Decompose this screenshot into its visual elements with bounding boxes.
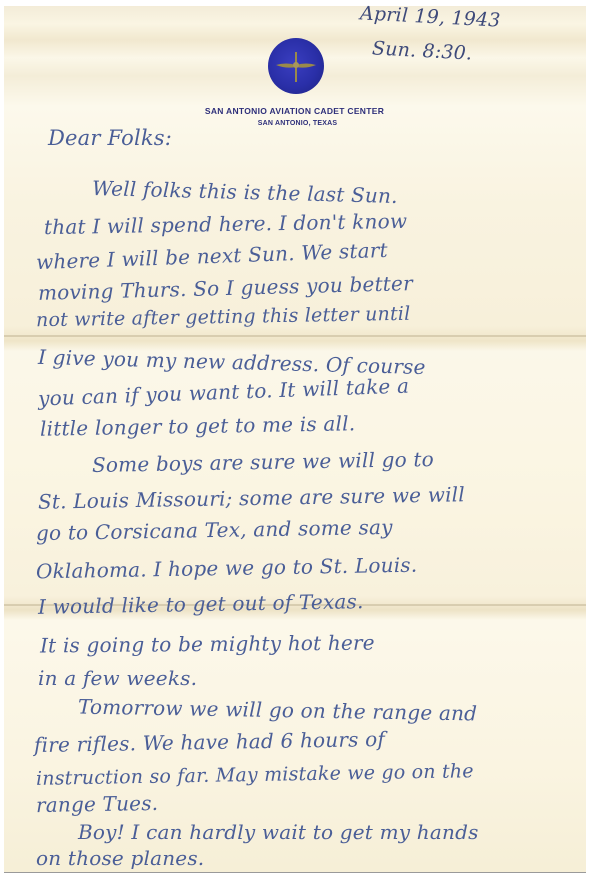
letterhead-title: SAN ANTONIO AVIATION CADET CENTER (0, 106, 589, 116)
letter-line: in a few weeks. (38, 666, 197, 690)
letter-line: range Tues. (36, 791, 159, 817)
salutation: Dear Folks: (48, 126, 172, 150)
wings-emblem-icon (268, 38, 324, 94)
fold-line (4, 335, 586, 337)
letter-line: It is going to be mighty hot here (40, 631, 375, 658)
letter-line: on those planes. (36, 846, 204, 870)
letter-line: Boy! I can hardly wait to get my hands (78, 820, 479, 844)
